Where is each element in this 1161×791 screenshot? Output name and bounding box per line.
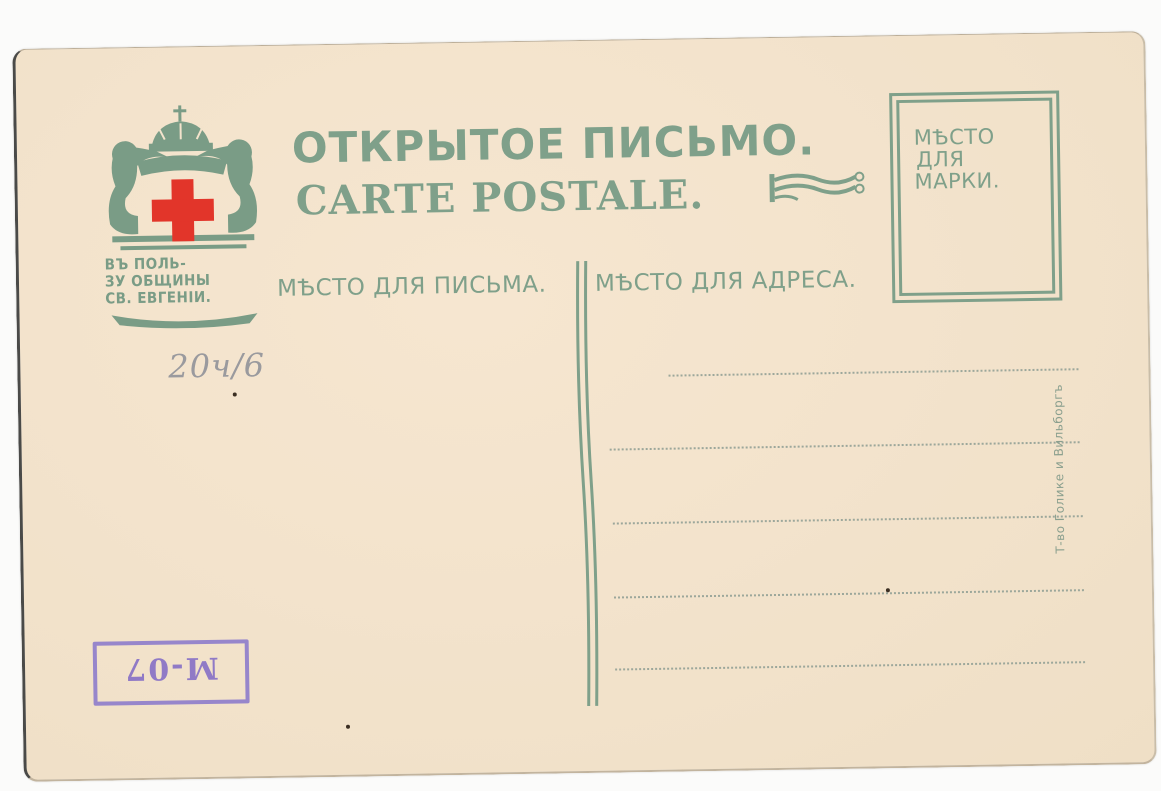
stamp-box-label: МѢСТО ДЛЯ МАРКИ.	[914, 125, 1000, 192]
red-cross-crown-emblem-icon	[96, 104, 268, 257]
printer-credit: Т-во Голике и Вильборгъ	[1051, 384, 1068, 554]
address-line	[615, 661, 1085, 670]
paper-speck	[886, 588, 890, 592]
address-line	[613, 515, 1083, 524]
title-russian: ОТКРЫТОЕ ПИСЬМО.	[292, 115, 816, 172]
stamp-placement-box: МѢСТО ДЛЯ МАРКИ.	[896, 98, 1055, 296]
emblem-base-ornament-icon	[109, 309, 259, 329]
title-french: CARTE POSTALE.	[295, 171, 704, 224]
flourish-ornament-icon	[767, 169, 868, 211]
emblem-line: СВ. ЕВГЕНІИ.	[105, 288, 265, 308]
paper-speck	[233, 392, 237, 396]
address-lines	[15, 32, 1143, 50]
handwritten-note: 20ч/6	[168, 346, 265, 386]
stamp-box-line: МАРКИ.	[914, 169, 1000, 192]
red-cross-emblem: ВЪ ПОЛЬ- ЗУ ОБЩИНЫ СВ. ЕВГЕНІИ.	[96, 104, 270, 342]
address-section-label: МѢСТО ДЛЯ АДРЕСА.	[595, 267, 857, 297]
stamp-box-line: ДЛЯ	[914, 147, 1000, 170]
address-line	[610, 441, 1080, 450]
letter-section-label: МѢСТО ДЛЯ ПИСЬМА.	[277, 272, 547, 302]
ink-stamp-text: M-07	[97, 649, 246, 686]
address-line	[669, 368, 1079, 376]
address-line	[614, 589, 1084, 598]
ink-stamp: M-07	[93, 639, 250, 705]
paper-speck	[346, 725, 350, 729]
postcard: ВЪ ПОЛЬ- ЗУ ОБЩИНЫ СВ. ЕВГЕНІИ. ОТКРЫТОЕ…	[12, 31, 1156, 782]
vertical-divider	[572, 261, 609, 711]
emblem-caption: ВЪ ПОЛЬ- ЗУ ОБЩИНЫ СВ. ЕВГЕНІИ.	[105, 254, 266, 308]
stamp-box-line: МѢСТО	[914, 125, 1000, 148]
